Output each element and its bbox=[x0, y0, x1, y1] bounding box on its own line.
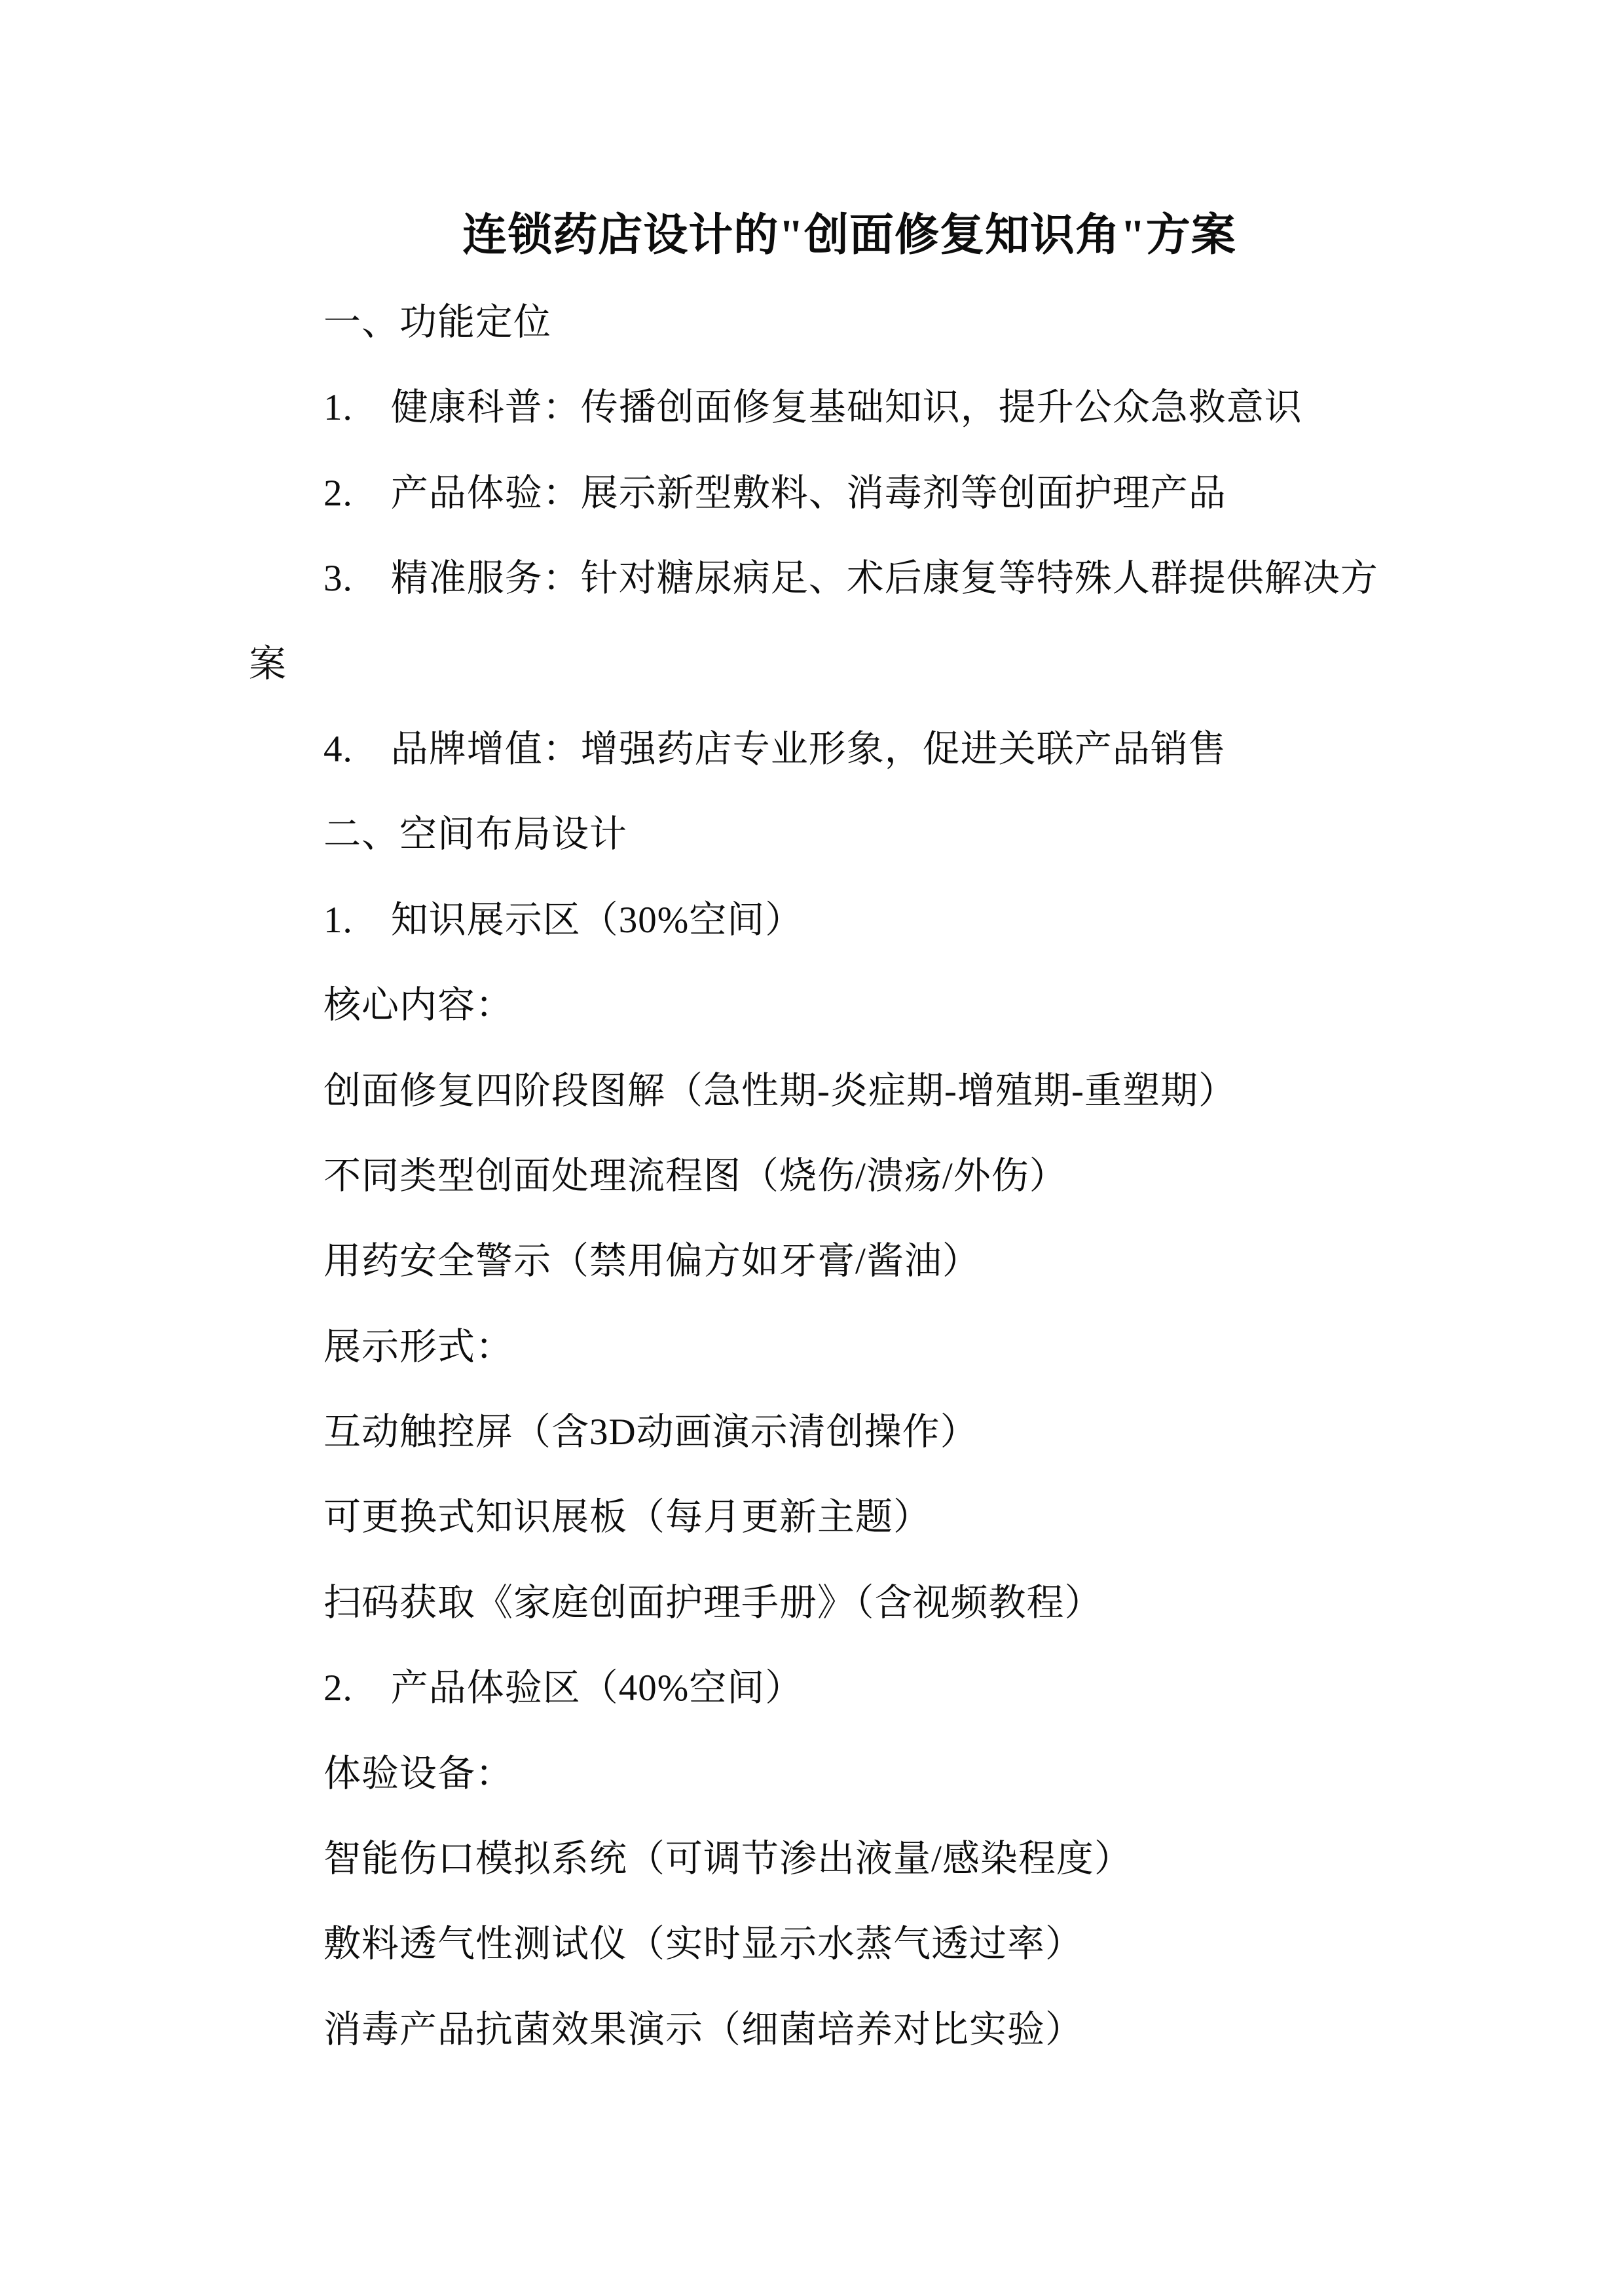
paragraph-line: 1. 健康科普：传播创面修复基础知识，提升公众急救意识 bbox=[249, 365, 1375, 450]
paragraph-line: 互动触控屏（含3D动画演示清创操作） bbox=[249, 1390, 1375, 1475]
paragraph-line: 用药安全警示（禁用偏方如牙膏/酱油） bbox=[249, 1219, 1375, 1304]
paragraph-line: 3. 精准服务：针对糖尿病足、术后康复等特殊人群提供解决方 bbox=[249, 536, 1375, 621]
paragraph-line: 可更换式知识展板（每月更新主题） bbox=[249, 1475, 1375, 1560]
paragraph-line: 敷料透气性测试仪（实时显示水蒸气透过率） bbox=[249, 1902, 1375, 1987]
paragraph-line: 不同类型创面处理流程图（烧伤/溃疡/外伤） bbox=[249, 1134, 1375, 1219]
paragraph-line: 体验设备： bbox=[249, 1732, 1375, 1817]
page-title: 连锁药店设计的"创面修复知识角"方案 bbox=[323, 189, 1375, 282]
paragraph-line: 消毒产品抗菌效果演示（细菌培养对比实验） bbox=[249, 1988, 1375, 2073]
paragraph-line: 创面修复四阶段图解（急性期-炎症期-增殖期-重塑期） bbox=[249, 1049, 1375, 1134]
document-page: 连锁药店设计的"创面修复知识角"方案 一、功能定位1. 健康科普：传播创面修复基… bbox=[0, 0, 1624, 2296]
paragraph-line: 2. 产品体验区（40%空间） bbox=[249, 1646, 1375, 1731]
paragraph-line: 展示形式： bbox=[249, 1305, 1375, 1390]
paragraph-line: 核心内容： bbox=[249, 963, 1375, 1048]
paragraph-line: 二、空间布局设计 bbox=[249, 792, 1375, 877]
paragraph-line: 扫码获取《家庭创面护理手册》（含视频教程） bbox=[249, 1561, 1375, 1646]
paragraph-line: 2. 产品体验：展示新型敷料、消毒剂等创面护理产品 bbox=[249, 451, 1375, 536]
paragraph-line: 一、功能定位 bbox=[249, 280, 1375, 365]
paragraph-line: 1. 知识展示区（30%空间） bbox=[249, 878, 1375, 963]
paragraph-line: 智能伤口模拟系统（可调节渗出液量/感染程度） bbox=[249, 1817, 1375, 1902]
paragraph-line: 4. 品牌增值：增强药店专业形象，促进关联产品销售 bbox=[249, 707, 1375, 792]
document-body: 一、功能定位1. 健康科普：传播创面修复基础知识，提升公众急救意识2. 产品体验… bbox=[249, 280, 1375, 2073]
paragraph-line: 案 bbox=[249, 622, 1375, 707]
